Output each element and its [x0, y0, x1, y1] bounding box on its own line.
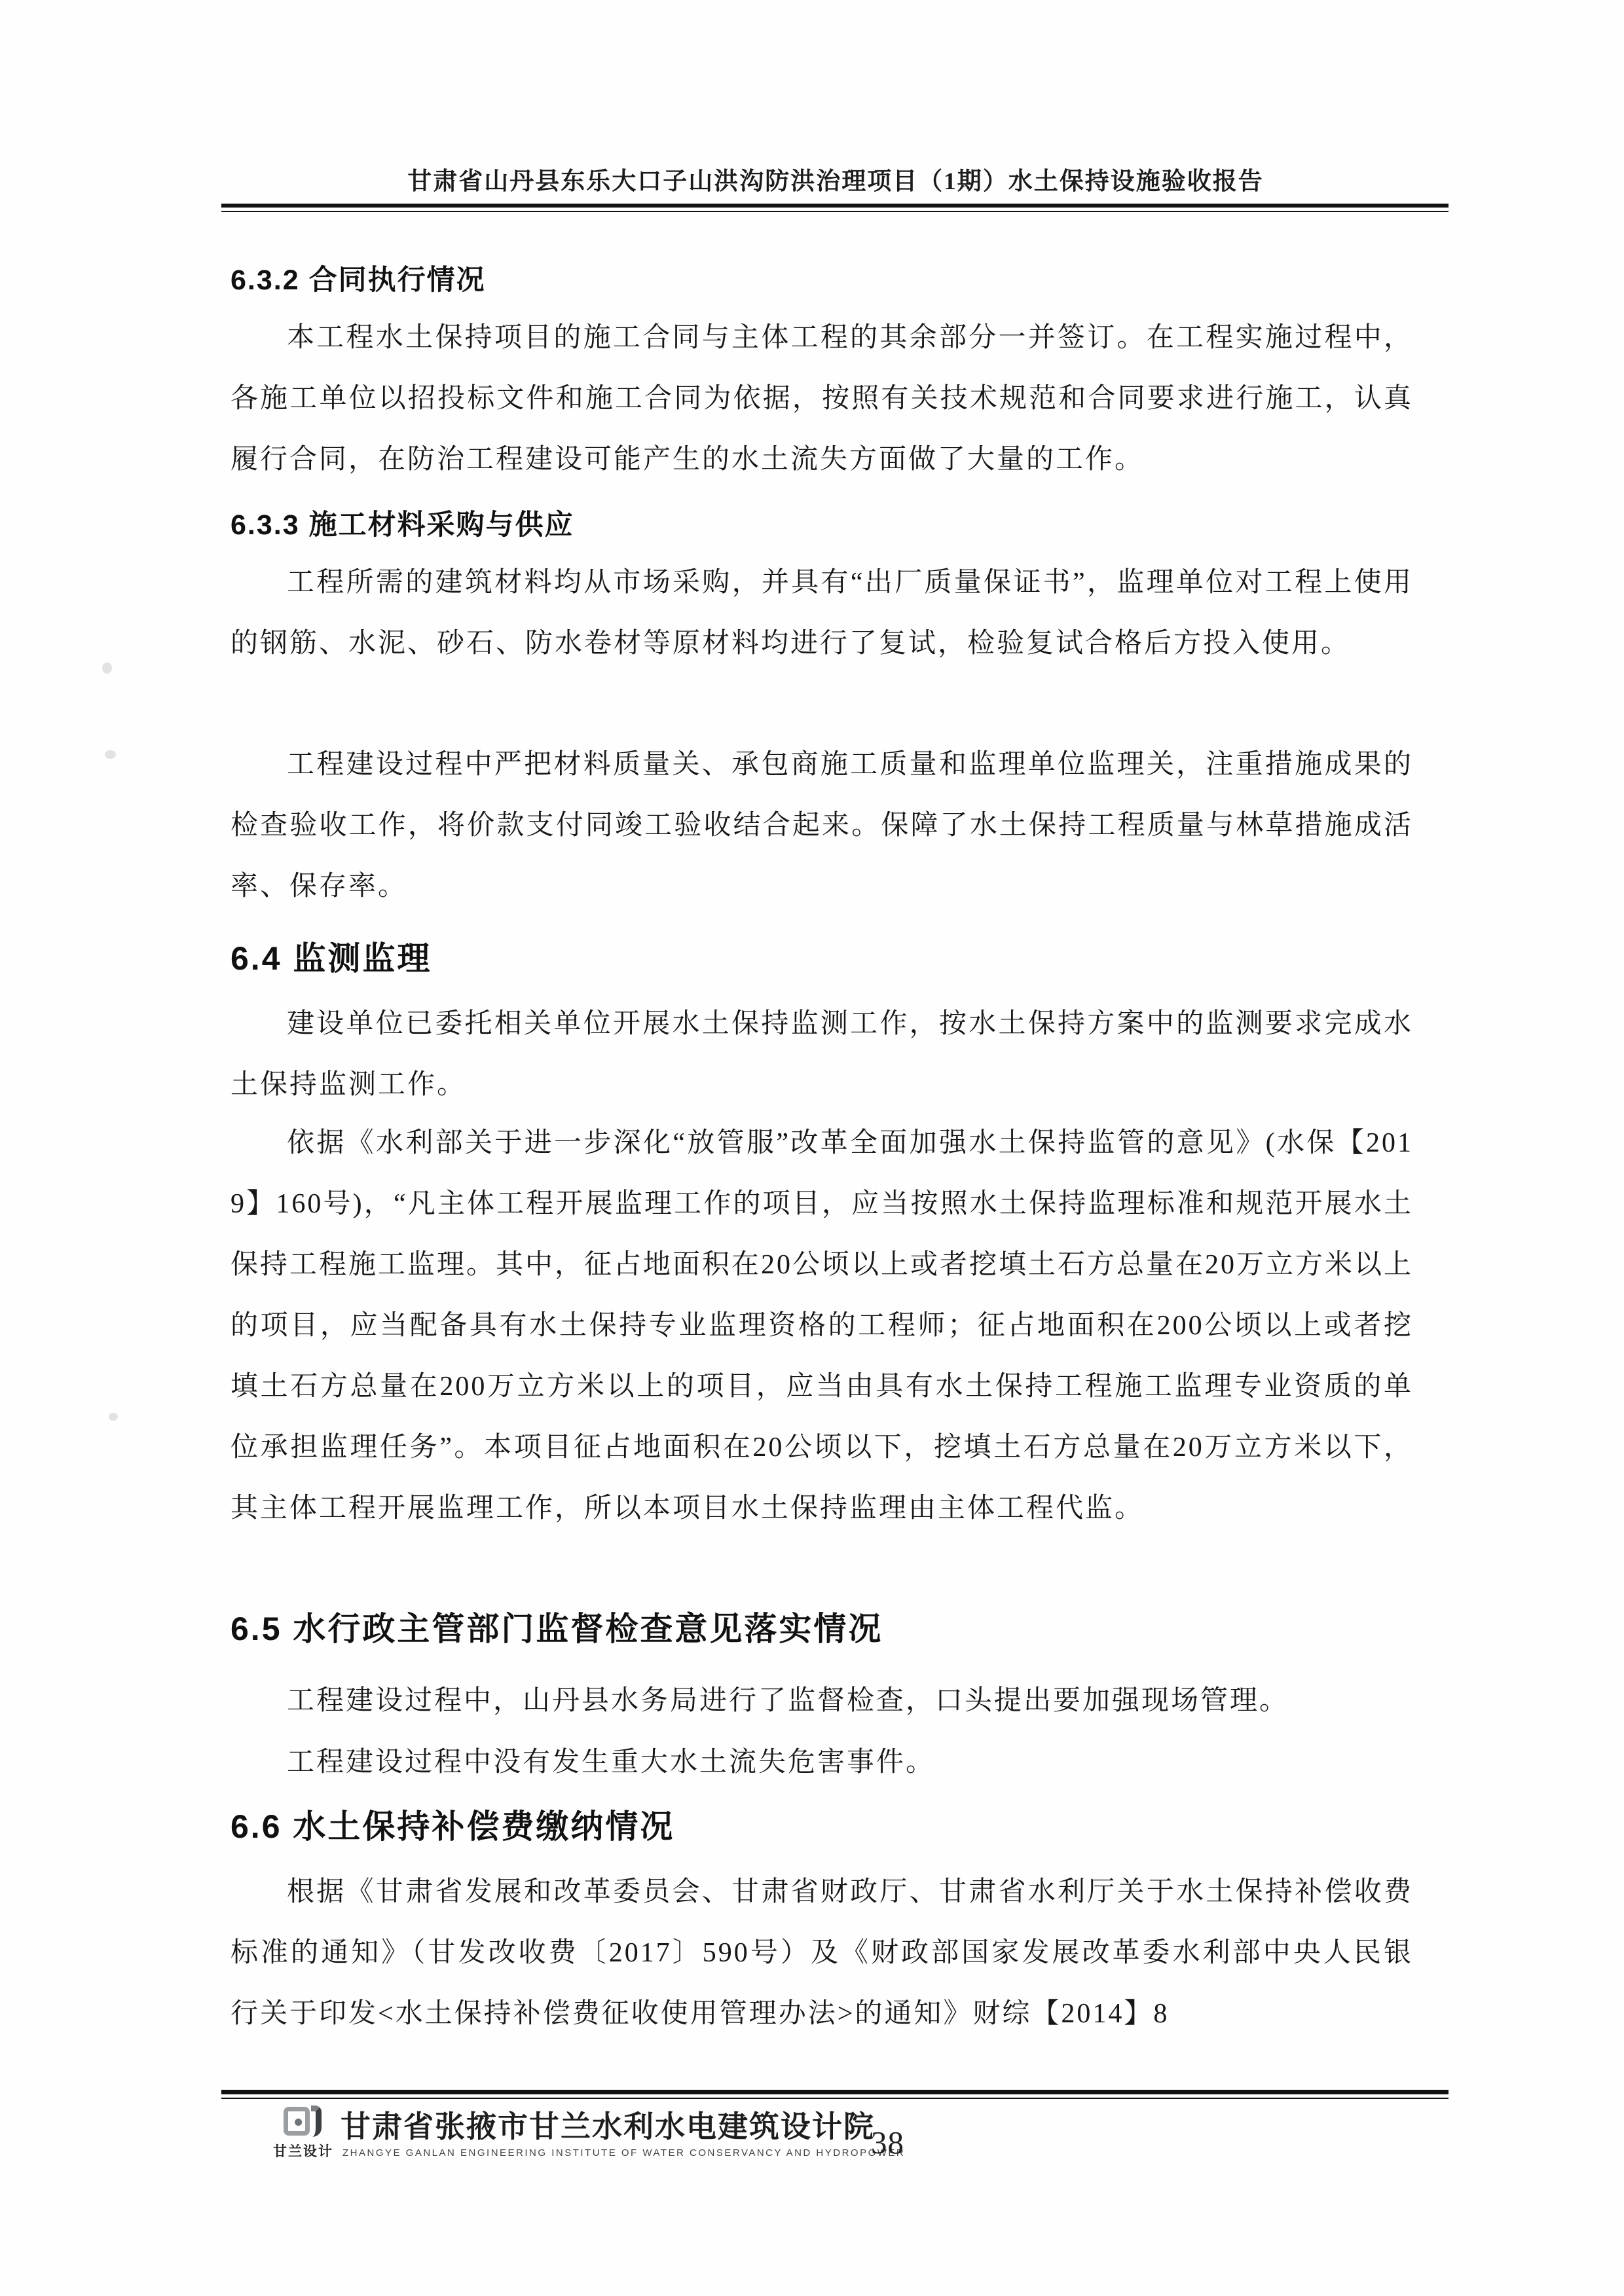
scan-speck — [102, 663, 112, 674]
logo-caption: 甘兰设计 — [265, 2141, 342, 2160]
report-page: 甘肃省山丹县东乐大口子山洪沟防洪治理项目（1期）水土保持设施验收报告 6.3.2… — [0, 0, 1624, 2296]
paragraph-no-hazard-events: 工程建设过程中没有发生重大水土流失危害事件。 — [231, 1732, 1413, 1793]
paragraph-supervision-basis: 依据《水利部关于进一步深化“放管服”改革全面加强水土保持监管的意见》(水保【20… — [231, 1113, 1413, 1539]
institute-name-en: ZHANGYE GANLAN ENGINEERING INSTITUTE OF … — [342, 2147, 866, 2159]
page-header-title: 甘肃省山丹县东乐大口子山洪沟防洪治理项目（1期）水土保持设施验收报告 — [223, 161, 1449, 196]
paragraph-inspection-result: 工程建设过程中，山丹县水务局进行了监督检查，口头提出要加强现场管理。 — [231, 1671, 1413, 1732]
scan-speck — [105, 750, 116, 759]
paragraph-monitoring-commission: 建设单位已委托相关单位开展水土保持监测工作，按水土保持方案中的监测要求完成水土保… — [231, 994, 1413, 1116]
institute-name-cn: 甘肃省张掖市甘兰水利水电建筑设计院 — [341, 2103, 875, 2146]
section-heading-6-4: 6.4 监测监理 — [231, 932, 1413, 979]
section-heading-6-3-3: 6.3.3 施工材料采购与供应 — [231, 503, 1413, 543]
scan-speck — [109, 1413, 118, 1421]
footer-rule-thick — [221, 2090, 1449, 2094]
logo-hook-shape — [311, 2105, 322, 2137]
section-heading-6-6: 6.6 水土保持补偿费缴纳情况 — [231, 1800, 1413, 1848]
footer-rule-thin — [221, 2098, 1449, 2099]
paragraph-material-procurement: 工程所需的建筑材料均从市场采购，并具有“出厂质量保证书”，监理单位对工程上使用的… — [231, 553, 1413, 674]
paragraph-compensation-fee-basis: 根据《甘肃省发展和改革委员会、甘肃省财政厅、甘肃省水利厅关于水土保持补偿收费标准… — [231, 1862, 1413, 2045]
institute-logo-icon — [284, 2105, 322, 2138]
logo-square-shape — [284, 2107, 310, 2136]
paragraph-quality-control: 工程建设过程中严把材料质量关、承包商施工质量和监理单位监理关，注重措施成果的检查… — [231, 735, 1413, 917]
section-heading-6-3-2: 6.3.2 合同执行情况 — [231, 258, 1413, 298]
header-rule-thick — [221, 204, 1449, 208]
page-number: 38 — [871, 2124, 904, 2161]
section-heading-6-5: 6.5 水行政主管部门监督检查意见落实情况 — [231, 1603, 1413, 1650]
header-rule-thin — [221, 211, 1449, 212]
paragraph-contract-execution: 本工程水土保持项目的施工合同与主体工程的其余部分一并签订。在工程实施过程中，各施… — [231, 308, 1413, 490]
